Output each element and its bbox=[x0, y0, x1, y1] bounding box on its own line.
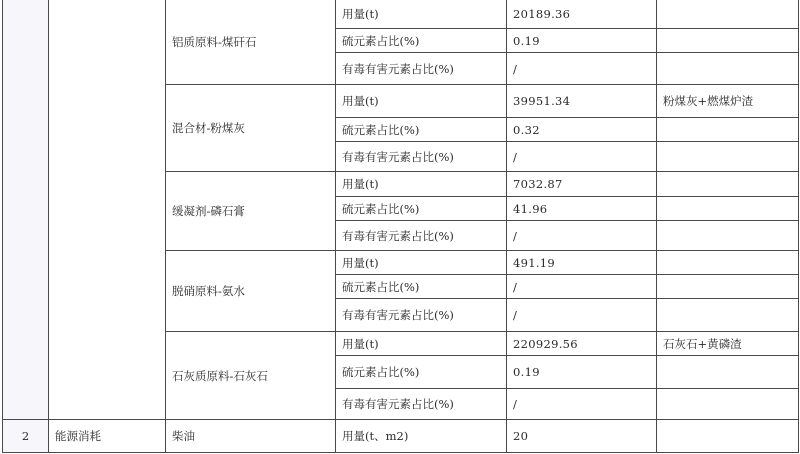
note-cell bbox=[657, 221, 799, 251]
note-cell bbox=[657, 389, 799, 420]
materials-table: 铝质原料-煤矸石 用量(t) 20189.36 硫元素占比(%) 0.19 有毒… bbox=[2, 0, 799, 453]
indicator-cell: 有毒有害元素占比(%) bbox=[336, 142, 507, 172]
indicator-cell: 硫元素占比(%) bbox=[336, 356, 507, 389]
value-cell: / bbox=[507, 275, 657, 299]
indicator-cell: 有毒有害元素占比(%) bbox=[336, 299, 507, 332]
note-cell bbox=[657, 118, 799, 142]
indicator-cell: 硫元素占比(%) bbox=[336, 197, 507, 221]
material-cell: 柴油 bbox=[166, 420, 336, 453]
row-number-cell: 2 bbox=[3, 420, 49, 453]
note-cell bbox=[657, 53, 799, 85]
indicator-cell: 用量(t) bbox=[336, 251, 507, 275]
table-row: 2 能源消耗 柴油 用量(t、m2) 20 bbox=[3, 420, 799, 453]
value-cell: 7032.87 bbox=[507, 172, 657, 197]
value-cell: 39951.34 bbox=[507, 85, 657, 118]
indicator-cell: 有毒有害元素占比(%) bbox=[336, 221, 507, 251]
note-cell bbox=[657, 275, 799, 299]
indicator-cell: 用量(t) bbox=[336, 0, 507, 29]
category-cell: 能源消耗 bbox=[49, 420, 166, 453]
note-cell bbox=[657, 142, 799, 172]
value-cell: / bbox=[507, 389, 657, 420]
table-row: 铝质原料-煤矸石 用量(t) 20189.36 bbox=[3, 0, 799, 29]
note-cell: 粉煤灰+燃煤炉渣 bbox=[657, 85, 799, 118]
indicator-cell: 有毒有害元素占比(%) bbox=[336, 53, 507, 85]
note-cell bbox=[657, 420, 799, 453]
note-cell bbox=[657, 172, 799, 197]
indicator-cell: 硫元素占比(%) bbox=[336, 29, 507, 53]
note-cell bbox=[657, 356, 799, 389]
indicator-cell: 用量(t) bbox=[336, 85, 507, 118]
material-cell: 缓凝剂-磷石膏 bbox=[166, 172, 336, 251]
value-cell: 20 bbox=[507, 420, 657, 453]
value-cell: / bbox=[507, 142, 657, 172]
note-cell bbox=[657, 251, 799, 275]
note-cell bbox=[657, 0, 799, 29]
indicator-cell: 硫元素占比(%) bbox=[336, 275, 507, 299]
material-cell: 混合材-粉煤灰 bbox=[166, 85, 336, 172]
value-cell: 0.19 bbox=[507, 356, 657, 389]
value-cell: 41.96 bbox=[507, 197, 657, 221]
note-cell: 石灰石+黄磷渣 bbox=[657, 332, 799, 356]
value-cell: 220929.56 bbox=[507, 332, 657, 356]
material-cell: 铝质原料-煤矸石 bbox=[166, 0, 336, 85]
value-cell: 491.19 bbox=[507, 251, 657, 275]
note-cell bbox=[657, 197, 799, 221]
value-cell: / bbox=[507, 299, 657, 332]
note-cell bbox=[657, 299, 799, 332]
note-cell bbox=[657, 29, 799, 53]
row-number-cell bbox=[3, 0, 49, 420]
value-cell: / bbox=[507, 221, 657, 251]
indicator-cell: 有毒有害元素占比(%) bbox=[336, 389, 507, 420]
indicator-cell: 用量(t、m2) bbox=[336, 420, 507, 453]
value-cell: 0.19 bbox=[507, 29, 657, 53]
indicator-cell: 用量(t) bbox=[336, 172, 507, 197]
value-cell: 20189.36 bbox=[507, 0, 657, 29]
category-cell bbox=[49, 0, 166, 420]
material-cell: 石灰质原料-石灰石 bbox=[166, 332, 336, 420]
indicator-cell: 用量(t) bbox=[336, 332, 507, 356]
indicator-cell: 硫元素占比(%) bbox=[336, 118, 507, 142]
material-cell: 脱硝原料-氨水 bbox=[166, 251, 336, 332]
value-cell: 0.32 bbox=[507, 118, 657, 142]
value-cell: / bbox=[507, 53, 657, 85]
